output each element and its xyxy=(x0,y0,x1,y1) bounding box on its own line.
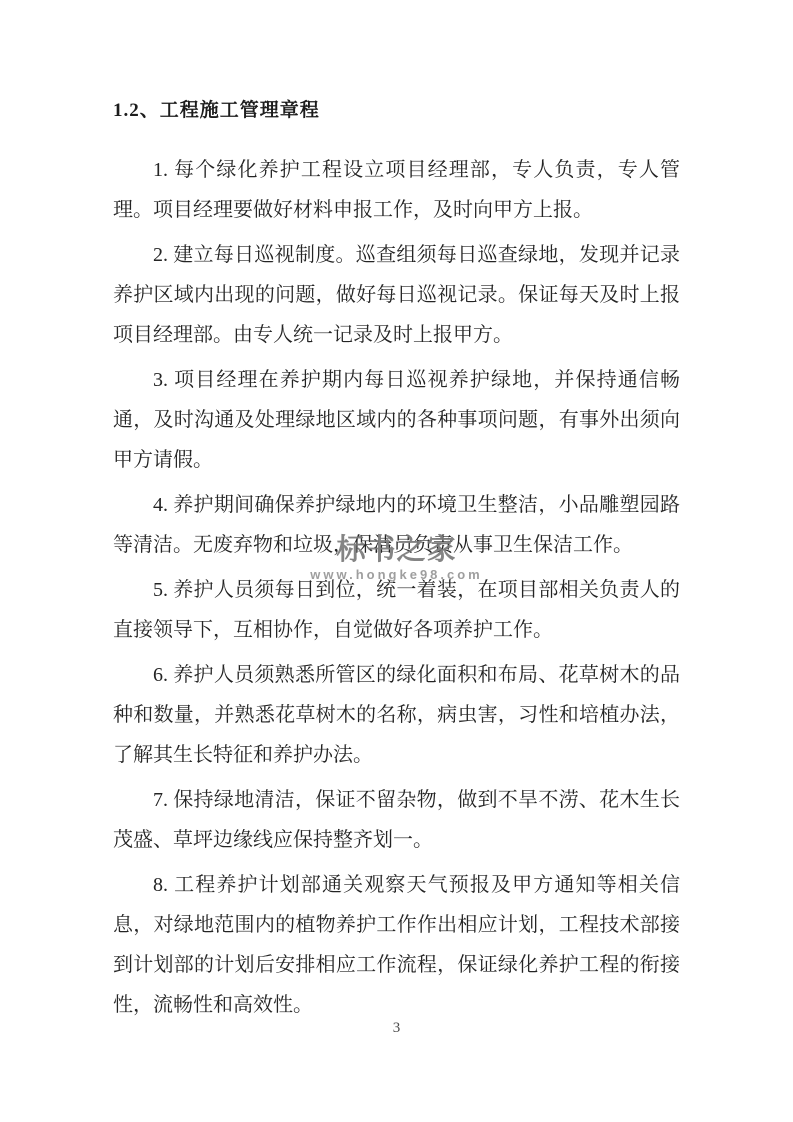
paragraph-4: 4. 养护期间确保养护绿地内的环境卫生整洁，小品雕塑园路等清洁。无废弃物和垃圾，… xyxy=(113,485,680,565)
paragraph-2: 2. 建立每日巡视制度。巡查组须每日巡查绿地，发现并记录养护区域内出现的问题，做… xyxy=(113,235,680,355)
paragraph-7: 7. 保持绿地清洁，保证不留杂物，做到不旱不涝、花木生长茂盛、草坪边缘线应保持整… xyxy=(113,780,680,860)
paragraph-5: 5. 养护人员须每日到位，统一着装，在项目部相关负责人的直接领导下，互相协作，自… xyxy=(113,570,680,650)
document-page: 1.2、工程施工管理章程 1. 每个绿化养护工程设立项目经理部，专人负责，专人管… xyxy=(0,0,793,1122)
document-title: 1.2、工程施工管理章程 xyxy=(113,97,320,125)
paragraph-3: 3. 项目经理在养护期内每日巡视养护绿地，并保持通信畅通，及时沟通及处理绿地区域… xyxy=(113,360,680,480)
paragraph-1: 1. 每个绿化养护工程设立项目经理部，专人负责，专人管理。项目经理要做好材料申报… xyxy=(113,150,680,230)
document-body: 1. 每个绿化养护工程设立项目经理部，专人负责，专人管理。项目经理要做好材料申报… xyxy=(113,150,680,1030)
page-number: 3 xyxy=(0,1018,793,1038)
paragraph-8: 8. 工程养护计划部通关观察天气预报及甲方通知等相关信息，对绿地范围内的植物养护… xyxy=(113,865,680,1025)
paragraph-6: 6. 养护人员须熟悉所管区的绿化面积和布局、花草树木的品种和数量，并熟悉花草树木… xyxy=(113,655,680,775)
